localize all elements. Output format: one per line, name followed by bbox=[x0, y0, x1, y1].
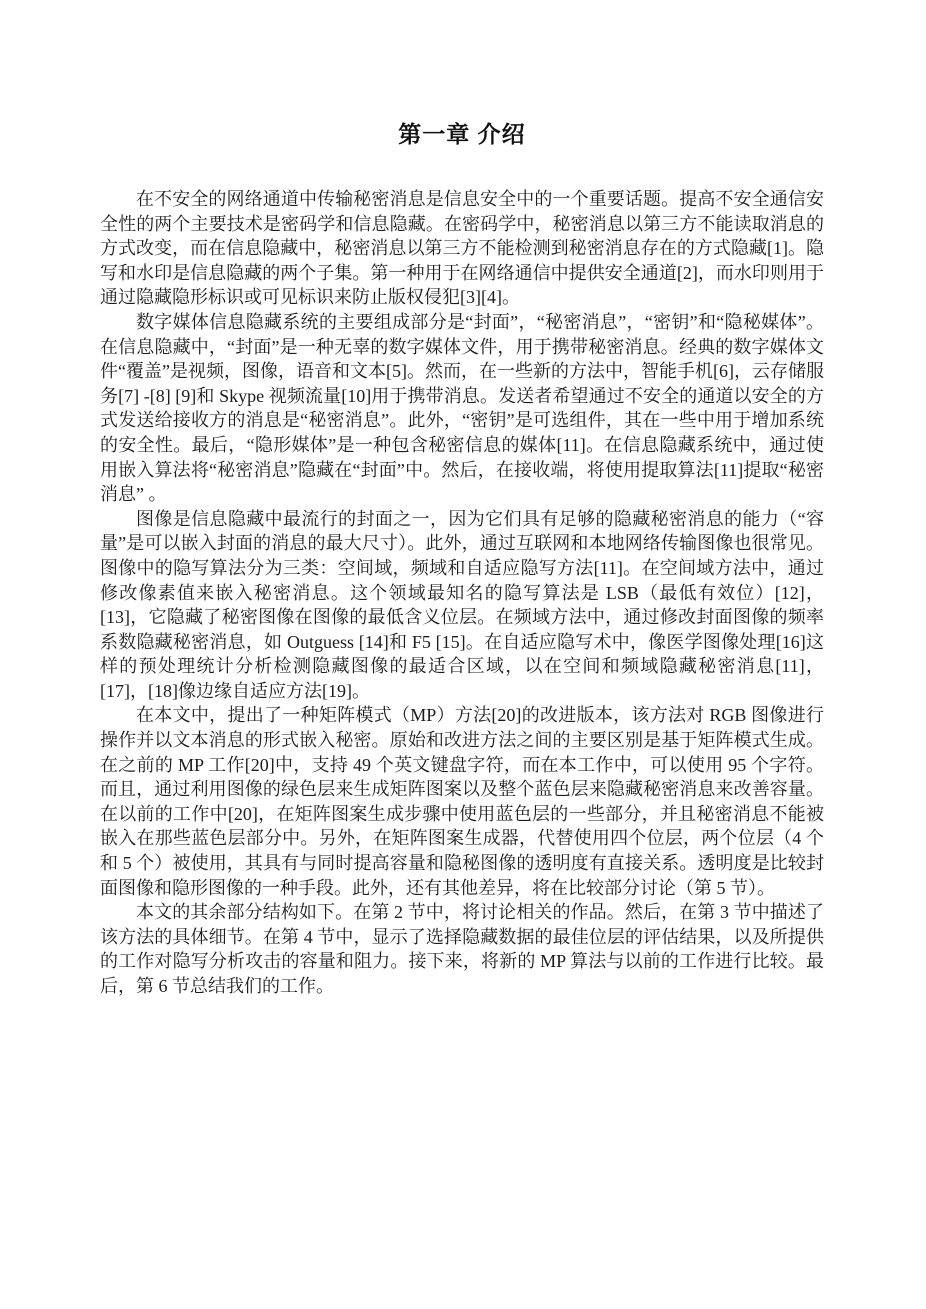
document-page: 第一章 介绍 在不安全的网络通道中传输秘密消息是信息安全中的一个重要话题。提高不… bbox=[0, 0, 926, 1309]
chapter-title: 第一章 介绍 bbox=[100, 0, 824, 149]
paragraph-system-components: 数字媒体信息隐藏系统的主要组成部分是“封面”，“秘密消息”，“密钥”和“隐秘媒体… bbox=[100, 310, 824, 507]
page-content: 第一章 介绍 在不安全的网络通道中传输秘密消息是信息安全中的一个重要话题。提高不… bbox=[100, 0, 824, 999]
paragraph-intro-security: 在不安全的网络通道中传输秘密消息是信息安全中的一个重要话题。提高不安全通信安全性… bbox=[100, 187, 824, 310]
paragraph-proposed-method: 在本文中，提出了一种矩阵模式（MP）方法[20]的改进版本，该方法对 RGB 图… bbox=[100, 703, 824, 900]
paragraph-paper-structure: 本文的其余部分结构如下。在第 2 节中，将讨论相关的作品。然后，在第 3 节中描… bbox=[100, 900, 824, 998]
paragraph-image-steganography: 图像是信息隐藏中最流行的封面之一，因为它们具有足够的隐藏秘密消息的能力（“容量”… bbox=[100, 507, 824, 704]
chapter-body: 在不安全的网络通道中传输秘密消息是信息安全中的一个重要话题。提高不安全通信安全性… bbox=[100, 187, 824, 999]
